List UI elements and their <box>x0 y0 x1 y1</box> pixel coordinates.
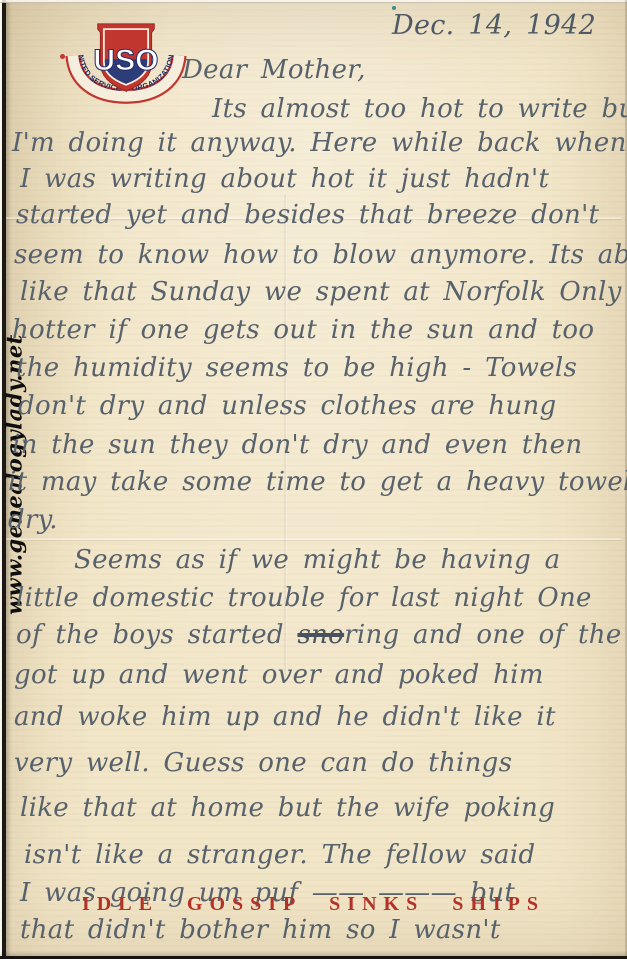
letter-line: very well. Guess one can do things <box>14 748 512 778</box>
letter-line: Its almost too hot to write but <box>212 94 627 124</box>
paper-crease-horizontal <box>6 538 621 540</box>
letter-line: like that Sunday we spent at Norfolk Onl… <box>20 277 622 307</box>
letter-line: don't dry and unless clothes are hung <box>18 391 557 421</box>
letter-line: Seems as if we might be having a <box>74 545 560 575</box>
stationery-slogan: IDLE GOSSIP SINKS SHIPS <box>0 893 627 916</box>
letter-line: like that at home but the wife poking <box>20 793 555 823</box>
letter-line-text: of the boys started <box>16 620 297 650</box>
letter-scan: www.genealogylady.net UNITED SERVICE ◆ O… <box>0 0 627 959</box>
letter-salutation: Dear Mother, <box>182 55 366 85</box>
letter-line: in the sun they don't dry and even then <box>12 430 582 460</box>
letter-line: of the boys started snoring and one of t… <box>16 620 627 650</box>
letter-line: dry. <box>8 505 58 535</box>
letter-line-text: ring and one of the others <box>344 620 627 650</box>
letter-line: seem to know how to blow anymore. Its ab… <box>14 240 627 270</box>
letter-line: and woke him up and he didn't like it <box>14 702 556 732</box>
struck-word: sno <box>297 620 344 650</box>
letter-line: the humidity seems to be high - Towels <box>16 353 577 383</box>
letter-line: started yet and besides that breeze don'… <box>16 200 599 230</box>
letter-line: got up and went over and poked him <box>14 660 544 690</box>
letter-line: that didn't bother him so I wasn't <box>20 915 501 945</box>
scan-edge-top <box>0 0 627 3</box>
letter-line: isn't like a stranger. The fellow said <box>24 840 535 870</box>
letter-line: I was writing about hot it just hadn't <box>20 164 549 194</box>
uso-logo: UNITED SERVICE ◆ ORGANIZATIONS USO <box>64 22 188 114</box>
letter-line: little domestic trouble for last night O… <box>16 583 592 613</box>
letter-line: I'm doing it anyway. Here while back whe… <box>12 128 627 158</box>
letter-line: hotter if one gets out in the sun and to… <box>12 315 594 345</box>
letter-date: Dec. 14, 1942 <box>392 10 596 41</box>
uso-acronym: USO <box>93 44 158 77</box>
letter-line: it may take some time to get a heavy tow… <box>8 467 627 497</box>
